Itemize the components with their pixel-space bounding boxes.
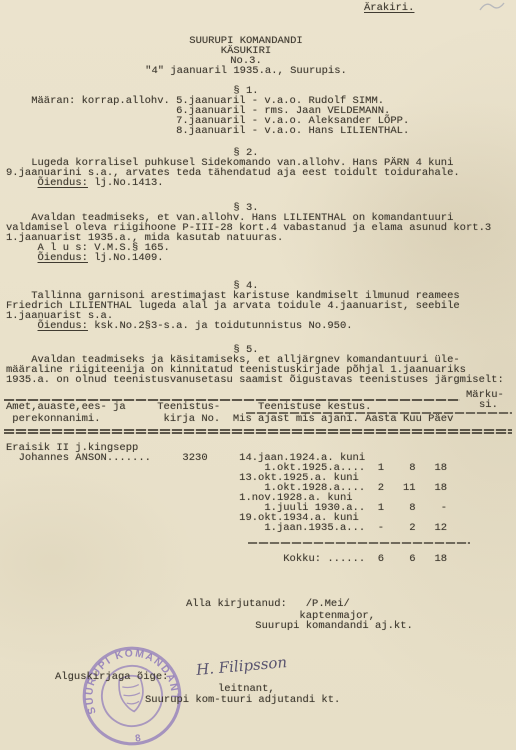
note-text: lj.No.1409. [88, 252, 164, 264]
certification-label: Alguskirjaga õige: [55, 672, 168, 682]
section-text-line: 8.jaanuaril - v.a.o. Hans LILIENTHAL. [6, 126, 409, 136]
section-text-line: 1935.a. on olnud teenistusvanusetasu saa… [6, 375, 504, 385]
certification-role: Suurupi kom-tuuri adjutandi kt. [145, 695, 340, 705]
copy-label-text: Ärakiri. [364, 2, 414, 14]
table-total-line: Kokku: ...... 6 6 18 [6, 554, 447, 564]
note-label: Õiendus: [38, 320, 88, 332]
section-note-line: Õiendus: ksk.No.2§3-s.a. ja toidutunnist… [6, 321, 353, 331]
section-note-line: Õiendus: lj.No.1413. [6, 178, 164, 188]
certification-rank: leitnant, [218, 684, 275, 694]
note-indent [6, 252, 38, 264]
handwritten-signature: H. Filipsson [195, 653, 287, 679]
table-header-row1: Amet,auaste,ees- ja Teenistus- Teenistus… [6, 402, 371, 412]
note-text: ksk.No.2§3-s.a. ja toidutunnistus No.950… [88, 320, 353, 332]
remarks-header-line2: si. [479, 400, 498, 410]
document-page: Ärakiri. SUURUPI KOMANDANDI KÄSUKIRI No.… [0, 0, 516, 750]
note-label: Õiendus: [38, 252, 88, 264]
doc-date-place: "4" jaanuaril 1935.a., Suurupis. [0, 66, 492, 76]
pencil-mark-icon [477, 0, 507, 14]
copy-label: Ärakiri. [364, 3, 414, 13]
section-note-line: Õiendus: lj.No.1409. [6, 253, 164, 263]
signing-line: Suurupi komandandi aj.kt. [186, 621, 413, 631]
table-body-line: 1.jaan.1935.a... - 2 12 [6, 523, 447, 533]
note-indent [6, 177, 38, 189]
stamp-bottom-mark: 8 [135, 733, 142, 745]
note-text: lj.No.1413. [88, 177, 164, 189]
total-rule [248, 542, 470, 544]
signing-line: Alla kirjutanud: /P.Mei/ [186, 599, 350, 609]
table-double-rule-a [4, 429, 512, 431]
note-label: Õiendus: [38, 177, 88, 189]
table-double-rule-b [4, 432, 512, 434]
table-header-row2: perekonnanimi. kirja No. Mis ajast mis a… [6, 414, 453, 424]
note-indent [6, 320, 38, 332]
